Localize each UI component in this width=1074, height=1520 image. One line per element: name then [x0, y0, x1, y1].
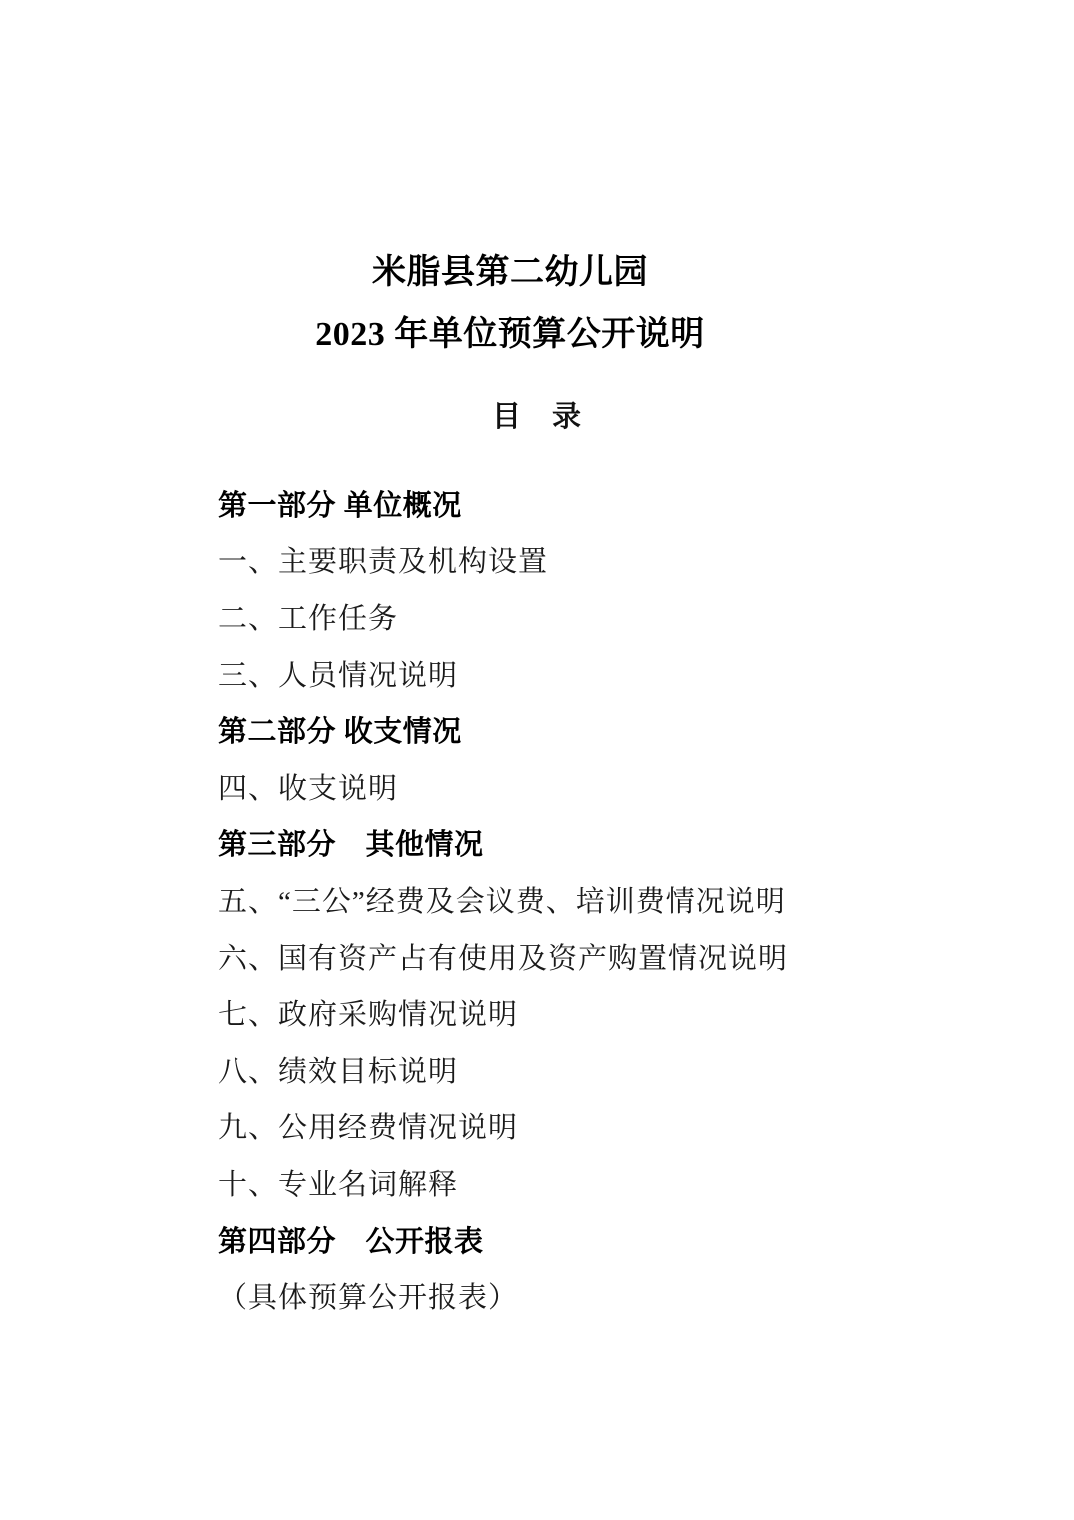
toc-item-5: 五、“三公”经费及会议费、培训费情况说明: [218, 871, 1014, 928]
toc-item-9: 九、公用经费情况说明: [218, 1098, 1014, 1155]
toc-section-heading-part4: 第四部分 公开报表: [218, 1211, 1014, 1268]
toc-item-parenthetical: （具体预算公开报表）: [218, 1267, 1014, 1324]
toc-item-3: 三、人员情况说明: [218, 645, 1014, 702]
toc-item-10: 十、专业名词解释: [218, 1154, 1014, 1211]
document-page: 米脂县第二幼儿园 2023 年单位预算公开说明 目 录 第一部分 单位概况 一、…: [0, 0, 1074, 1520]
toc-section-heading-part2: 第二部分 收支情况: [218, 701, 1014, 758]
toc-heading: 目 录: [0, 400, 1074, 434]
toc-item-7: 七、政府采购情况说明: [218, 984, 1014, 1041]
toc-section-heading-part1: 第一部分 单位概况: [218, 475, 1014, 532]
toc-item-6: 六、国有资产占有使用及资产购置情况说明: [218, 928, 1014, 985]
table-of-contents: 第一部分 单位概况 一、主要职责及机构设置 二、工作任务 三、人员情况说明 第二…: [218, 475, 1014, 1324]
document-title-line1: 米脂县第二幼儿园: [0, 254, 1020, 292]
toc-item-1: 一、主要职责及机构设置: [218, 532, 1014, 589]
toc-item-2: 二、工作任务: [218, 588, 1014, 645]
document-title-block: 米脂县第二幼儿园 2023 年单位预算公开说明: [0, 254, 1020, 354]
toc-item-4: 四、收支说明: [218, 758, 1014, 815]
toc-section-heading-part3: 第三部分 其他情况: [218, 815, 1014, 872]
document-title-line2: 2023 年单位预算公开说明: [0, 316, 1020, 354]
toc-item-8: 八、绩效目标说明: [218, 1041, 1014, 1098]
